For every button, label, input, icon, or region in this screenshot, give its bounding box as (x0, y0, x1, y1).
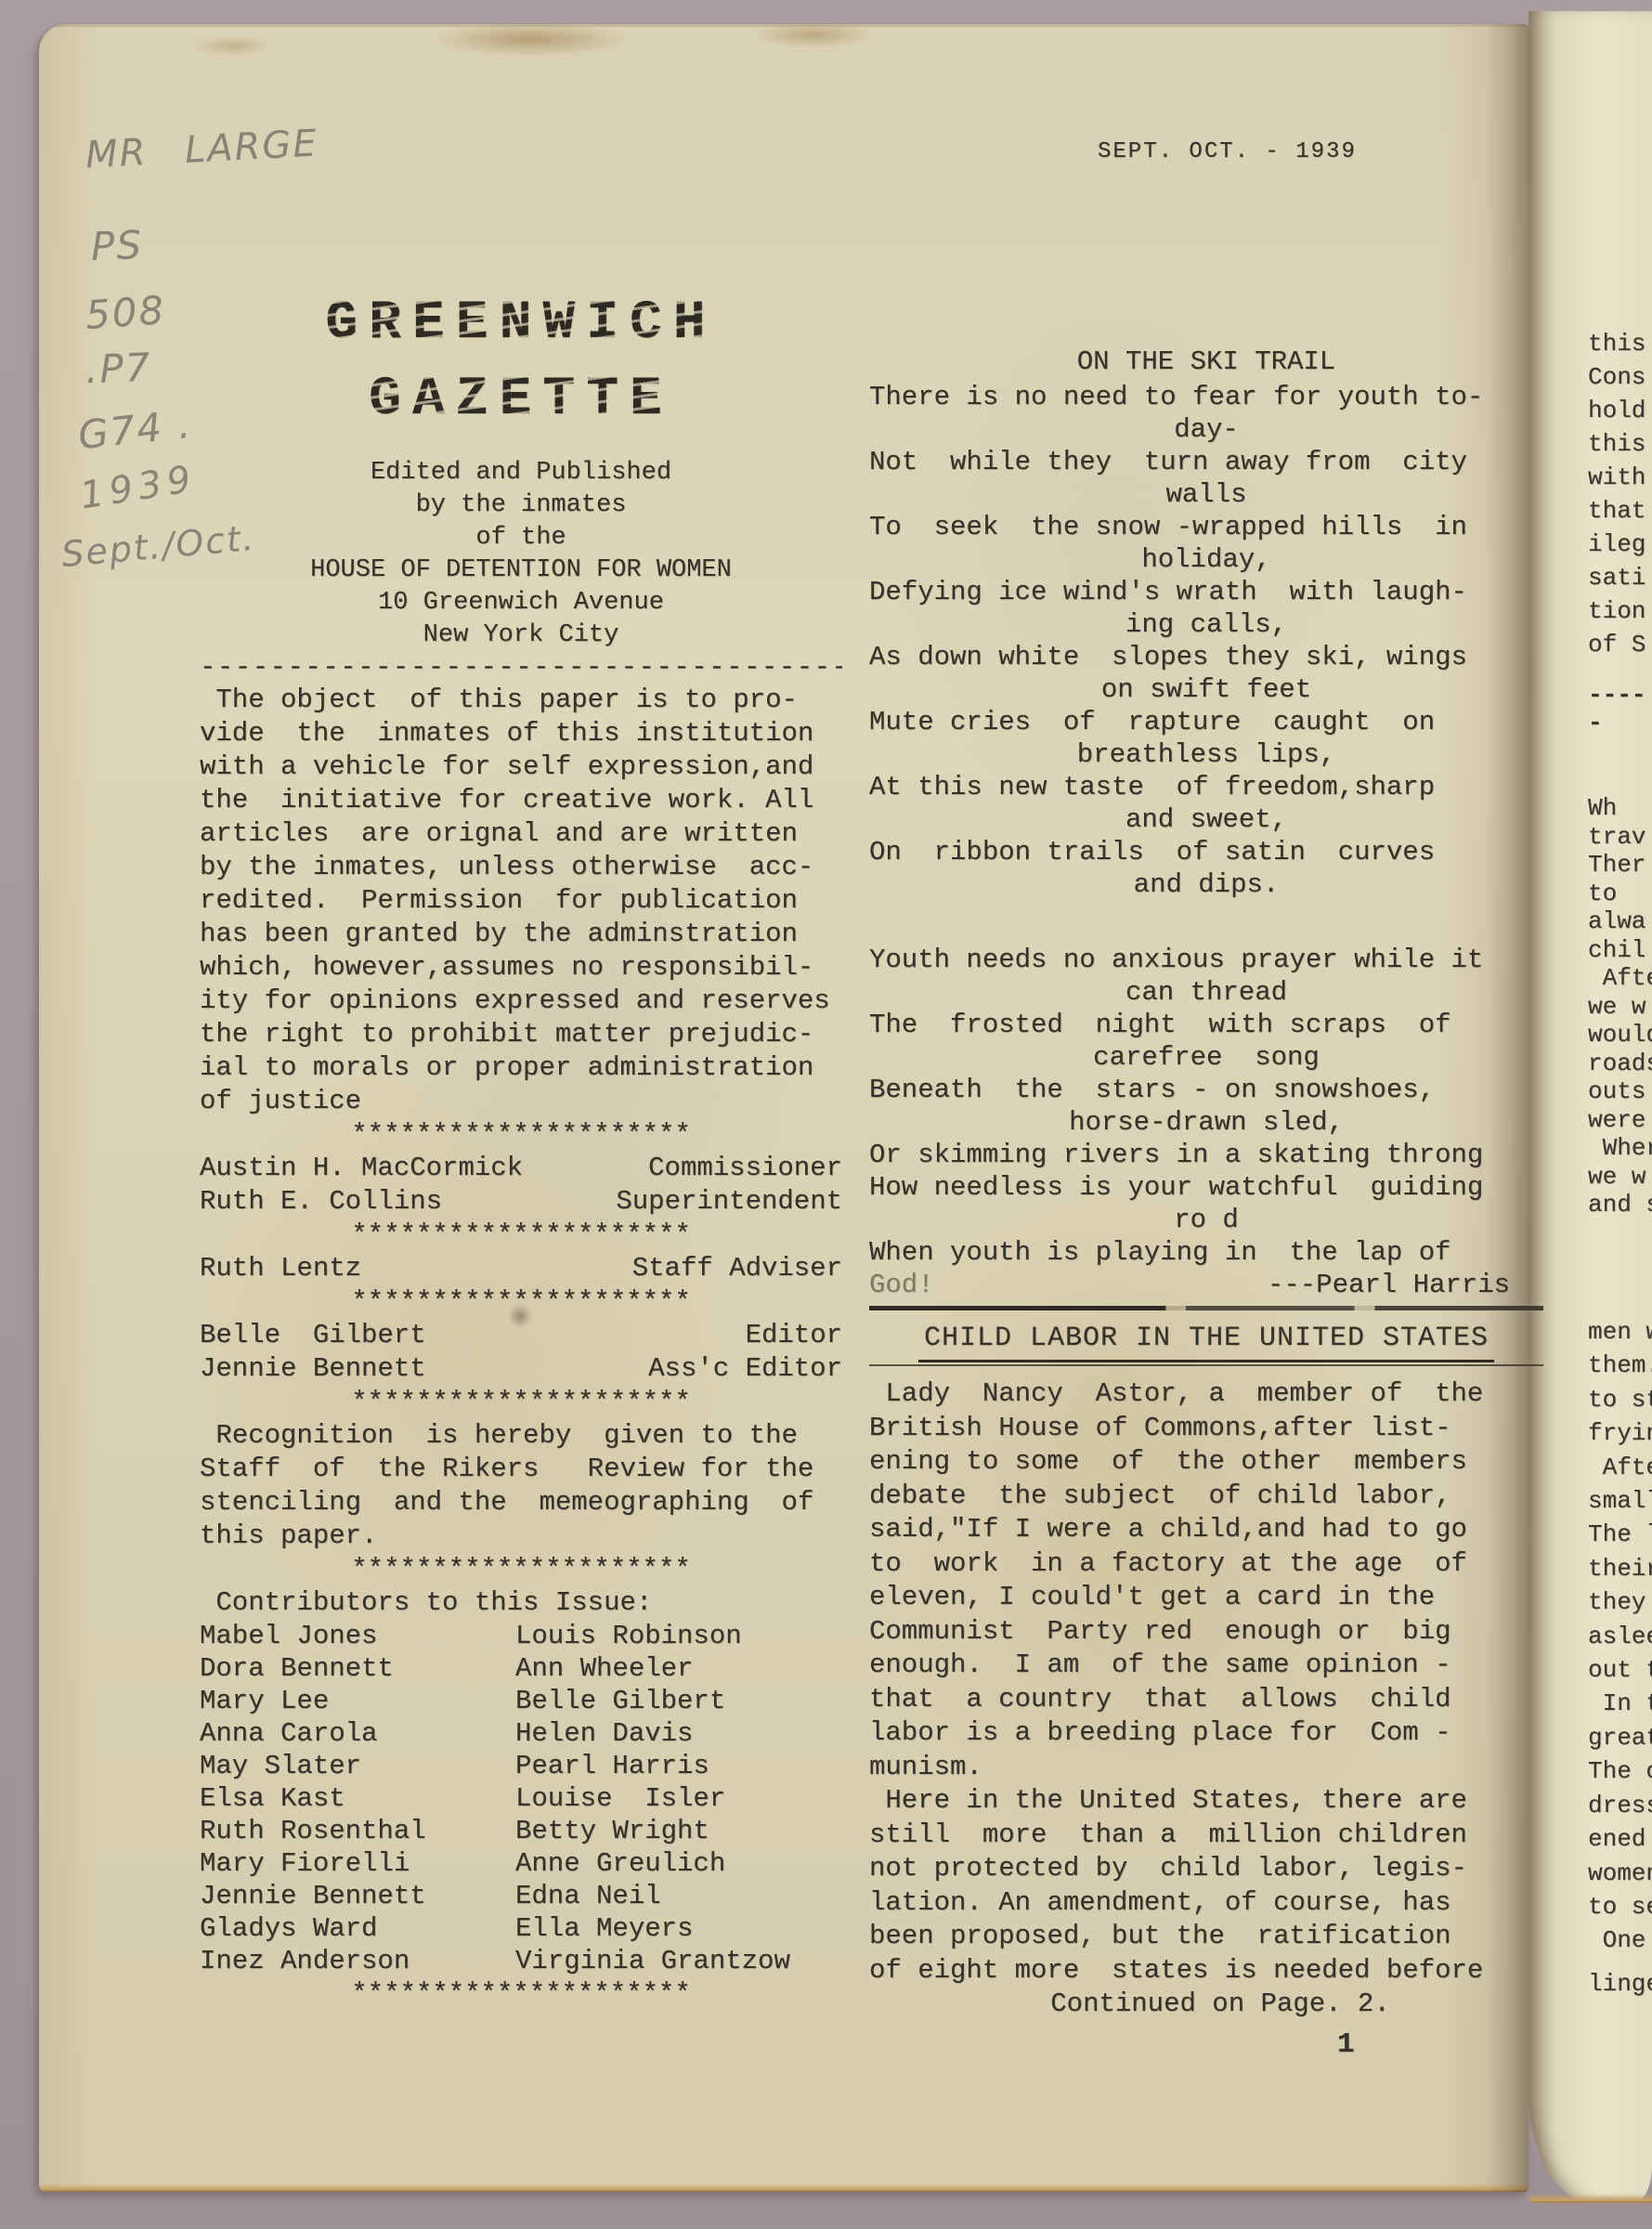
staff-role: Staff Adviser (632, 1252, 842, 1285)
staff-name: Belle Gilbert (200, 1319, 426, 1352)
article-paragraph-1: Lady Nancy Astor, a member of theBritish… (869, 1377, 1543, 1784)
fragment-line: to se (1588, 1890, 1652, 1923)
fragment-line: with (1588, 461, 1652, 494)
subtitle-line: New York City (200, 619, 842, 652)
contributor-right: Louis Robinson (515, 1620, 842, 1652)
fragment-line: Cons (1588, 360, 1652, 394)
staff-role: Superintendent (616, 1185, 842, 1219)
star-separator: ********************* (200, 1386, 842, 1419)
masthead-title-line1: GREENWICH (200, 286, 842, 362)
contributor-right: Helen Davis (515, 1717, 842, 1750)
contributor-row: Ruth RosenthalBetty Wright (200, 1815, 842, 1847)
contributor-left: Dora Bennett (200, 1652, 515, 1685)
contributor-right: Pearl Harris (515, 1750, 842, 1782)
subtitle-line: Edited and Published (200, 457, 842, 489)
poem-last-word: God! (869, 1269, 934, 1302)
mission-line: by the inmates, unless otherwise acc- (200, 851, 842, 884)
contributor-row: Anna CarolaHelen Davis (200, 1717, 842, 1750)
staff-name: Ruth E. Collins (200, 1185, 442, 1219)
mission-line: vide the inmates of this institution (200, 717, 842, 750)
fragment-line: ileg (1588, 528, 1652, 561)
contributor-left: Mary Fiorelli (200, 1847, 515, 1880)
mission-line: the initiative for creative work. All (200, 784, 842, 817)
contributor-row: Mary LeeBelle Gilbert (200, 1685, 842, 1717)
contributor-right: Ella Meyers (515, 1912, 842, 1945)
pencil-note: PS (90, 222, 144, 269)
contributor-left: May Slater (200, 1750, 515, 1782)
staff-name: Ruth Lentz (200, 1252, 361, 1285)
recognition-line: Staff of the Rikers Review for the (200, 1453, 842, 1486)
poem-closing-row: God! ---Pearl Harris (869, 1269, 1543, 1302)
mission-line: the right to prohibit matter prejudic- (200, 1018, 842, 1051)
article-heading-wrap: CHILD LABOR IN THE UNITED STATES (869, 1318, 1543, 1366)
mission-line: redited. Permission for publication (200, 884, 842, 918)
issue-date: SEPT. OCT. - 1939 (1098, 139, 1357, 164)
poem-line: How needless is your watchful guiding (869, 1171, 1543, 1204)
fragment-line: outs (1588, 1077, 1652, 1106)
next-page-fragments-bottom: linge (1588, 1967, 1652, 2001)
article-line: been proposed, but the ratification (869, 1920, 1543, 1954)
contributor-left: Gladys Ward (200, 1912, 515, 1945)
staff-role: Ass'c Editor (648, 1352, 842, 1386)
star-separator: ********************* (200, 1219, 842, 1252)
fragment-line: sati (1588, 561, 1652, 594)
article-line: Here in the United States, there are (869, 1784, 1543, 1818)
star-separator: ********************* (200, 1118, 842, 1152)
poem-line: Youth needs no anxious prayer while it (869, 944, 1543, 976)
fragment-line: were (1588, 1106, 1652, 1135)
mission-line: ial to morals or proper administration (200, 1051, 842, 1085)
pencil-note: .P7 (85, 345, 152, 392)
fragment-line: fryin (1588, 1416, 1652, 1450)
poem-line: on swift feet (869, 673, 1543, 706)
poem-line: holiday, (869, 543, 1543, 576)
contributor-left: Anna Carola (200, 1717, 515, 1750)
article-line: that a country that allows child (869, 1683, 1543, 1717)
fragment-line: men w (1588, 1315, 1652, 1349)
fragment-line: In t (1588, 1687, 1652, 1720)
poem-title: ON THE SKI TRAIL (869, 345, 1543, 379)
fragment-line: small (1588, 1484, 1652, 1518)
poem-line: Defying ice wind's wrath with laugh- (869, 576, 1543, 608)
staff-name: Austin H. MacCormick (200, 1152, 523, 1185)
fragment-line: their (1588, 1552, 1652, 1585)
fragment-line: of S (1588, 628, 1652, 661)
fragment-line: roads (1588, 1049, 1652, 1078)
staff-adviser-row: Ruth Lentz Staff Adviser (200, 1252, 842, 1285)
contributors-heading: Contributors to this Issue: (200, 1586, 842, 1620)
fragment-line: Wh (1588, 794, 1652, 823)
section-rule (869, 1306, 1543, 1310)
poem-line: and sweet, (869, 803, 1543, 836)
article-line: said,"If I were a child,and had to go (869, 1513, 1543, 1547)
contributor-left: Ruth Rosenthal (200, 1815, 515, 1847)
recognition-line: stenciling and the memeographing of (200, 1486, 842, 1519)
page-number: 1 (1337, 2028, 1355, 2061)
poem-line: At this new taste of freedom,sharp (869, 771, 1543, 803)
contributor-row: Dora BennettAnn Wheeler (200, 1652, 842, 1685)
subtitle-line: by the inmates (200, 489, 842, 522)
article-line: eleven, I could't get a card in the (869, 1581, 1543, 1615)
star-separator: ********************* (200, 1553, 842, 1586)
fragment-line: One (1588, 1923, 1652, 1957)
fragment-line: linge (1588, 1967, 1652, 2001)
fragment-line: Wher (1588, 1134, 1652, 1163)
poem-line: Beneath the stars - on snowshoes, (869, 1074, 1543, 1106)
staff-editors: Belle GilbertEditorJennie BennettAss'c E… (200, 1319, 842, 1386)
staff-name: Jennie Bennett (200, 1352, 426, 1386)
mission-line: with a vehicle for self expression,and (200, 750, 842, 784)
contributor-left: Jennie Bennett (200, 1880, 515, 1912)
fragment-line: Ther (1588, 851, 1652, 880)
contributor-right: Belle Gilbert (515, 1685, 842, 1717)
contributor-right: Ann Wheeler (515, 1652, 842, 1685)
poem-line: On ribbon trails of satin curves (869, 836, 1543, 868)
poem-line: horse-drawn sled, (869, 1106, 1543, 1139)
fragment-line: The c (1588, 1754, 1652, 1788)
staff-row: Jennie BennettAss'c Editor (200, 1352, 842, 1386)
article-line: ening to some of the other members (869, 1445, 1543, 1479)
contributor-left: Mabel Jones (200, 1620, 515, 1652)
fragment-line: they (1588, 1585, 1652, 1619)
poem-line: ro d (869, 1204, 1543, 1236)
recognition-note: Recognition is hereby given to theStaff … (200, 1419, 842, 1553)
next-page-fragment-divider: ----- (1588, 681, 1652, 736)
fragment-line: chil (1588, 936, 1652, 965)
article-line: to work in a factory at the age of (869, 1547, 1543, 1582)
left-column: GREENWICH GAZETTE Edited and Publishedby… (200, 286, 842, 2011)
contributor-row: Jennie BennettEdna Neil (200, 1880, 842, 1912)
poem-line (869, 901, 1543, 944)
fragment-line: we w (1588, 1163, 1652, 1192)
star-separator: ********************* (200, 1285, 842, 1319)
fragment-line: dress (1588, 1789, 1652, 1822)
article-line: of eight more states is needed before (869, 1954, 1543, 1988)
contributor-row: Gladys WardElla Meyers (200, 1912, 842, 1945)
poem-line: The frosted night with scraps of (869, 1009, 1543, 1041)
contributor-row: Mabel JonesLouis Robinson (200, 1620, 842, 1652)
fragment-line: to (1588, 880, 1652, 908)
fragment-line: Afte (1588, 964, 1652, 993)
contributor-row: Inez AndersonVirginia Grantzow (200, 1945, 842, 1977)
poem-line: As down white slopes they ski, wings (869, 641, 1543, 673)
poem-line: and dips. (869, 868, 1543, 901)
contributor-row: Mary FiorelliAnne Greulich (200, 1847, 842, 1880)
poem-line: Mute cries of rapture caught on (869, 706, 1543, 738)
article-line: lation. An amendment, of course, has (869, 1886, 1543, 1921)
article-title: CHILD LABOR IN THE UNITED STATES (918, 1318, 1494, 1362)
scanned-document: MR LARGEPS508.P7G74 .1939Sept./Oct. SEPT… (0, 0, 1652, 2229)
mission-statement: The object of this paper is to pro-vide … (200, 684, 842, 1118)
fragment-line: to st (1588, 1383, 1652, 1416)
poem-line: breathless lips, (869, 738, 1543, 771)
poem-author: ---Pearl Harris (1268, 1269, 1510, 1302)
contributor-right: Anne Greulich (515, 1847, 842, 1880)
poem-line: can thread (869, 976, 1543, 1009)
poem-body: There is no need to fear for youth to-da… (869, 381, 1543, 1269)
fragment-line: that (1588, 494, 1652, 528)
article-paragraph-2: Here in the United States, there arestil… (869, 1784, 1543, 1988)
poem-line: When youth is playing in the lap of (869, 1236, 1543, 1269)
staff-row: Belle GilbertEditor (200, 1319, 842, 1352)
contributor-left: Elsa Kast (200, 1782, 515, 1815)
article-line: Lady Nancy Astor, a member of the (869, 1377, 1543, 1412)
staff-row: Ruth E. CollinsSuperintendent (200, 1185, 842, 1219)
fragment-line: Afte (1588, 1451, 1652, 1484)
mission-line: which, however,assumes no responsibil- (200, 951, 842, 984)
contributor-right: Betty Wright (515, 1815, 842, 1847)
contributor-row: Elsa KastLouise Isler (200, 1782, 842, 1815)
article-line: still more than a million children (869, 1818, 1543, 1853)
article-line: enough. I am of the same opinion - (869, 1649, 1543, 1683)
mission-line: has been granted by the adminstration (200, 918, 842, 951)
fragment-line: them. (1588, 1349, 1652, 1382)
poem-line: Or skimming rivers in a skating throng (869, 1139, 1543, 1171)
fragment-line: we w (1588, 993, 1652, 1022)
subtitle-line: 10 Greenwich Avenue (200, 587, 842, 619)
fragment-line: would (1588, 1021, 1652, 1049)
article-line: debate the subject of child labor, (869, 1479, 1543, 1514)
next-page-fragments-middle: WhtravThertoalwachil Aftewe wwouldroadso… (1588, 794, 1652, 1219)
contributor-right: Louise Isler (515, 1782, 842, 1815)
contributor-left: Mary Lee (200, 1685, 515, 1717)
mission-line: The object of this paper is to pro- (200, 684, 842, 717)
mission-line: ity for opinions expressed and reserves (200, 984, 842, 1018)
contributor-right: Edna Neil (515, 1880, 842, 1912)
poem-line: walls (869, 478, 1543, 511)
fragment-line: this (1588, 427, 1652, 461)
poem-line: There is no need to fear for youth to- (869, 381, 1543, 413)
next-page-fragments-lower: men wthem.to stfryin AftesmallThe ltheir… (1588, 1315, 1652, 1958)
masthead-subtitle: Edited and Publishedby the inmatesof the… (200, 457, 842, 652)
article-line: not protected by child labor, legis- (869, 1852, 1543, 1886)
fragment-line: this (1588, 327, 1652, 360)
dashed-rule: -------------------------------------- (200, 652, 842, 684)
poem-line: day- (869, 413, 1543, 446)
star-separator: ********************* (200, 1977, 842, 2011)
fragment-line: and s (1588, 1191, 1652, 1219)
fragment-line: hold (1588, 394, 1652, 427)
staff-role: Editor (746, 1319, 842, 1352)
fragment-line: trav (1588, 823, 1652, 852)
poem-line: To seek the snow -wrapped hills in (869, 511, 1543, 543)
poem-line: Not while they turn away from city (869, 446, 1543, 478)
staff-officials: Austin H. MacCormickCommissionerRuth E. … (200, 1152, 842, 1219)
recognition-line: this paper. (200, 1519, 842, 1553)
recognition-line: Recognition is hereby given to the (200, 1419, 842, 1453)
fragment-line: tion (1588, 594, 1652, 628)
contributors-list: Mabel JonesLouis RobinsonDora BennettAnn… (200, 1620, 842, 1977)
article-line: British House of Commons,after list- (869, 1412, 1543, 1446)
fragment-line: alwa (1588, 907, 1652, 936)
mission-line: articles are orignal and are written (200, 817, 842, 851)
masthead-title-line2: GAZETTE (200, 362, 842, 438)
subtitle-line: HOUSE OF DETENTION FOR WOMEN (200, 554, 842, 587)
right-column: ON THE SKI TRAIL There is no need to fea… (869, 345, 1543, 2021)
staff-role: Commissioner (648, 1152, 842, 1185)
article-line: Communist Party red enough or big (869, 1615, 1543, 1649)
article-line: munism. (869, 1751, 1543, 1785)
fragment-line: great (1588, 1721, 1652, 1754)
fragment-line: women (1588, 1857, 1652, 1890)
fragment-line: The l (1588, 1518, 1652, 1551)
contributor-left: Inez Anderson (200, 1945, 515, 1977)
poem-line: ing calls, (869, 608, 1543, 641)
contributor-right: Virginia Grantzow (515, 1945, 842, 1977)
subtitle-line: of the (200, 522, 842, 554)
article-line: labor is a breeding place for Com - (869, 1716, 1543, 1751)
fragment-line: out t (1588, 1653, 1652, 1687)
staff-row: Austin H. MacCormickCommissioner (200, 1152, 842, 1185)
continued-note: Continued on Page. 2. (869, 1988, 1543, 2021)
contributor-row: May SlaterPearl Harris (200, 1750, 842, 1782)
fragment-line: aslee (1588, 1620, 1652, 1653)
next-page-fragments-top: thisConsholdthiswiththatilegsatitionof S (1588, 327, 1652, 661)
pencil-note: 508 (84, 287, 166, 338)
fragment-line: ened (1588, 1822, 1652, 1856)
mission-line: of justice (200, 1085, 842, 1118)
poem-line: carefree song (869, 1041, 1543, 1074)
